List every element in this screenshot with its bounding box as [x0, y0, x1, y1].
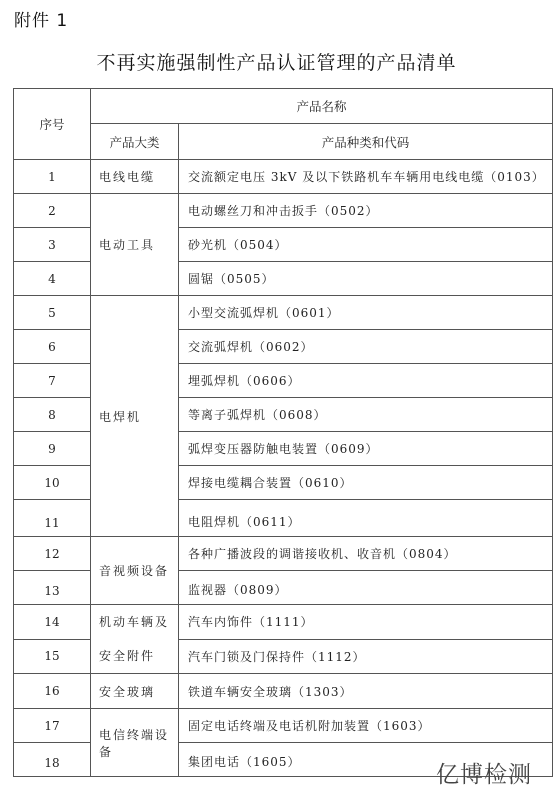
row-no: 14	[14, 605, 91, 640]
row-no: 12	[14, 537, 91, 571]
row-product: 圆锯（0505）	[179, 262, 553, 296]
category-text-line1: 机动车辆及	[99, 605, 178, 639]
header-serial: 序号	[14, 89, 91, 160]
attachment-label: 附件 1	[14, 6, 68, 31]
table-row: 2 电动工具 电动螺丝刀和冲击扳手（0502）	[14, 194, 553, 228]
row-no: 15	[14, 639, 91, 674]
header-row-2: 产品大类 产品种类和代码	[14, 124, 553, 160]
row-category: 电线电缆	[91, 160, 179, 194]
row-category: 音视频设备	[91, 537, 179, 605]
watermark-logo: 亿博检测	[436, 756, 532, 789]
row-no: 5	[14, 296, 91, 330]
row-no: 8	[14, 398, 91, 432]
header-category: 产品大类	[91, 124, 179, 160]
row-product: 电阻焊机（0611）	[179, 500, 553, 537]
row-no: 2	[14, 194, 91, 228]
row-no: 1	[14, 160, 91, 194]
row-category: 电焊机	[91, 296, 179, 537]
row-product: 各种广播波段的调谐接收机、收音机（0804）	[179, 537, 553, 571]
row-product: 电动螺丝刀和冲击扳手（0502）	[179, 194, 553, 228]
row-category: 电动工具	[91, 194, 179, 296]
row-category: 机动车辆及 安全附件	[91, 605, 179, 674]
row-no: 6	[14, 330, 91, 364]
row-product: 焊接电缆耦合装置（0610）	[179, 466, 553, 500]
header-product-name: 产品名称	[91, 89, 553, 124]
row-no: 17	[14, 709, 91, 743]
product-list-table: 序号 产品名称 产品大类 产品种类和代码 1 电线电缆 交流额定电压 3kV 及…	[13, 88, 553, 777]
table-row: 16 安全玻璃 铁道车辆安全玻璃（1303）	[14, 674, 553, 709]
row-no: 3	[14, 228, 91, 262]
row-product: 固定电话终端及电话机附加装置（1603）	[179, 709, 553, 743]
table-row: 1 电线电缆 交流额定电压 3kV 及以下铁路机车车辆用电线电缆（0103）	[14, 160, 553, 194]
row-product: 小型交流弧焊机（0601）	[179, 296, 553, 330]
row-product: 监视器（0809）	[179, 571, 553, 605]
category-text: 电焊机	[99, 410, 141, 424]
table-row: 17 电信终端设备 固定电话终端及电话机附加装置（1603）	[14, 709, 553, 743]
header-row-1: 序号 产品名称	[14, 89, 553, 124]
header-product-type-code: 产品种类和代码	[179, 124, 553, 160]
row-product: 交流额定电压 3kV 及以下铁路机车车辆用电线电缆（0103）	[179, 160, 553, 194]
table-row: 14 机动车辆及 安全附件 汽车内饰件（1111）	[14, 605, 553, 640]
category-text: 电动工具	[99, 238, 155, 252]
category-text: 电信终端设备	[99, 728, 169, 759]
row-no: 7	[14, 364, 91, 398]
category-text: 安全玻璃	[99, 685, 155, 699]
row-product: 弧焊变压器防触电装置（0609）	[179, 432, 553, 466]
row-product: 等离子弧焊机（0608）	[179, 398, 553, 432]
row-no: 16	[14, 674, 91, 709]
row-category: 电信终端设备	[91, 709, 179, 777]
row-no: 9	[14, 432, 91, 466]
row-product: 交流弧焊机（0602）	[179, 330, 553, 364]
table-row: 5 电焊机 小型交流弧焊机（0601）	[14, 296, 553, 330]
table-row: 12 音视频设备 各种广播波段的调谐接收机、收音机（0804）	[14, 537, 553, 571]
row-product: 汽车门锁及门保持件（1112）	[179, 639, 553, 674]
document-title: 不再实施强制性产品认证管理的产品清单	[0, 48, 553, 75]
row-no: 13	[14, 571, 91, 605]
category-text: 电线电缆	[99, 170, 155, 184]
category-text-line2: 安全附件	[99, 639, 178, 673]
category-text: 音视频设备	[99, 564, 169, 578]
row-product: 砂光机（0504）	[179, 228, 553, 262]
row-no: 18	[14, 743, 91, 777]
row-product: 汽车内饰件（1111）	[179, 605, 553, 640]
row-category: 安全玻璃	[91, 674, 179, 709]
row-no: 4	[14, 262, 91, 296]
row-product: 铁道车辆安全玻璃（1303）	[179, 674, 553, 709]
row-no: 10	[14, 466, 91, 500]
row-no: 11	[14, 500, 91, 537]
row-product: 埋弧焊机（0606）	[179, 364, 553, 398]
